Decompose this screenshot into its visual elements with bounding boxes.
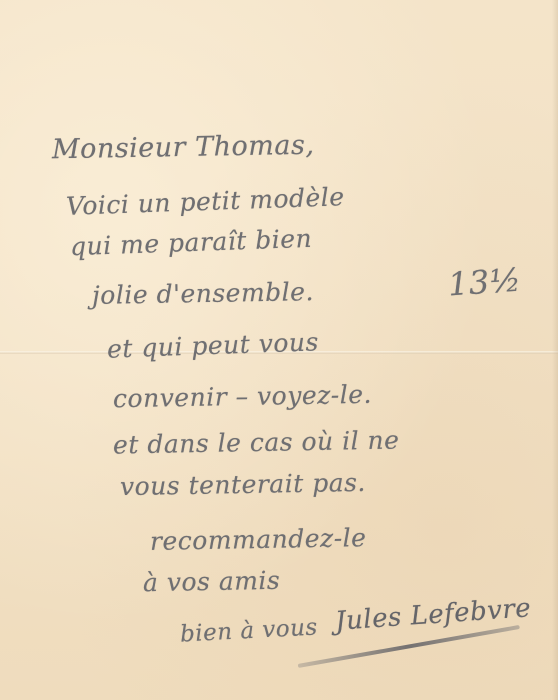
price-note: 13½ — [447, 260, 523, 303]
body-line: vous tenterait pas. — [120, 468, 366, 501]
paper-edge-shadow — [552, 0, 558, 700]
letter-page: Monsieur Thomas, Voici un petit modèle q… — [0, 0, 558, 700]
salutation: Monsieur Thomas, — [52, 130, 315, 166]
body-line: convenir – voyez-le. — [113, 380, 372, 414]
body-line: Voici un petit modèle — [66, 182, 345, 221]
body-line: et dans le cas où il ne — [113, 426, 400, 460]
body-line: qui me paraît bien — [70, 224, 313, 261]
body-line: et qui peut vous — [107, 327, 320, 363]
body-line: à vos amis — [143, 566, 281, 597]
body-line: recommandez-le — [150, 523, 367, 556]
body-line: jolie d'ensemble. — [92, 277, 314, 310]
closing: bien à vous — [179, 614, 318, 647]
